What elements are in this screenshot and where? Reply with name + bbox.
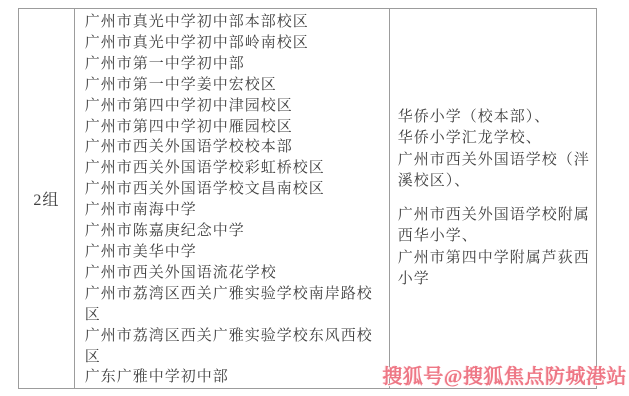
group-column: 2组 [19,9,75,388]
group-label: 2组 [33,187,59,210]
middle-school-item: 广州市真光中学初中部本部校区 [85,12,381,33]
middle-school-item: 广州市第一中学姜中宏校区 [85,75,381,96]
middle-school-item: 广州市第一中学初中部 [85,54,381,75]
primary-school-item: 华侨小学（校本部）、 [398,107,590,129]
primary-schools-group-2: 广州市西关外国语学校附属西华小学、 广州市第四中学附属芦荻西小学 [398,205,590,291]
primary-schools-column: 华侨小学（校本部）、 华侨小学汇龙学校、 广州市西关外国语学校（泮溪校区）、 广… [390,9,596,388]
primary-school-item: 华侨小学汇龙学校、 [398,128,590,150]
middle-school-item: 广州市陈嘉庚纪念中学 [85,221,381,242]
middle-school-item: 广州市第四中学初中雁园校区 [85,117,381,138]
middle-school-item: 广州市荔湾区西关广雅实验学校东风西校区 [85,326,381,368]
primary-school-item: 广州市西关外国语学校（泮溪校区）、 [398,150,590,193]
middle-school-item: 广州市南海中学 [85,200,381,221]
middle-school-item: 广州市第四中学初中津园校区 [85,96,381,117]
middle-school-item: 广州市真光中学初中部岭南校区 [85,33,381,54]
middle-school-item: 广州市美华中学 [85,242,381,263]
middle-school-item: 广州市西关外国语流花学校 [85,263,381,284]
sohu-watermark: 搜狐号@搜狐焦点防城港站 [382,360,627,389]
middle-schools-column: 广州市真光中学初中部本部校区 广州市真光中学初中部岭南校区 广州市第一中学初中部… [75,9,390,388]
primary-schools-group-1: 华侨小学（校本部）、 华侨小学汇龙学校、 广州市西关外国语学校（泮溪校区）、 [398,107,590,193]
middle-school-item: 广州市荔湾区西关广雅实验学校南岸路校区 [85,284,381,326]
middle-school-item: 广州市西关外国语学校彩虹桥校区 [85,158,381,179]
primary-school-item: 广州市第四中学附属芦荻西小学 [398,248,590,291]
primary-school-item: 广州市西关外国语学校附属西华小学、 [398,205,590,248]
document-page: 2组 广州市真光中学初中部本部校区 广州市真光中学初中部岭南校区 广州市第一中学… [0,0,629,396]
middle-school-item: 广东广雅中学初中部 [85,367,381,388]
middle-school-item: 广州市西关外国语学校校本部 [85,137,381,158]
middle-school-item: 广州市西关外国语学校文昌南校区 [85,179,381,200]
school-group-table: 2组 广州市真光中学初中部本部校区 广州市真光中学初中部岭南校区 广州市第一中学… [18,8,597,389]
